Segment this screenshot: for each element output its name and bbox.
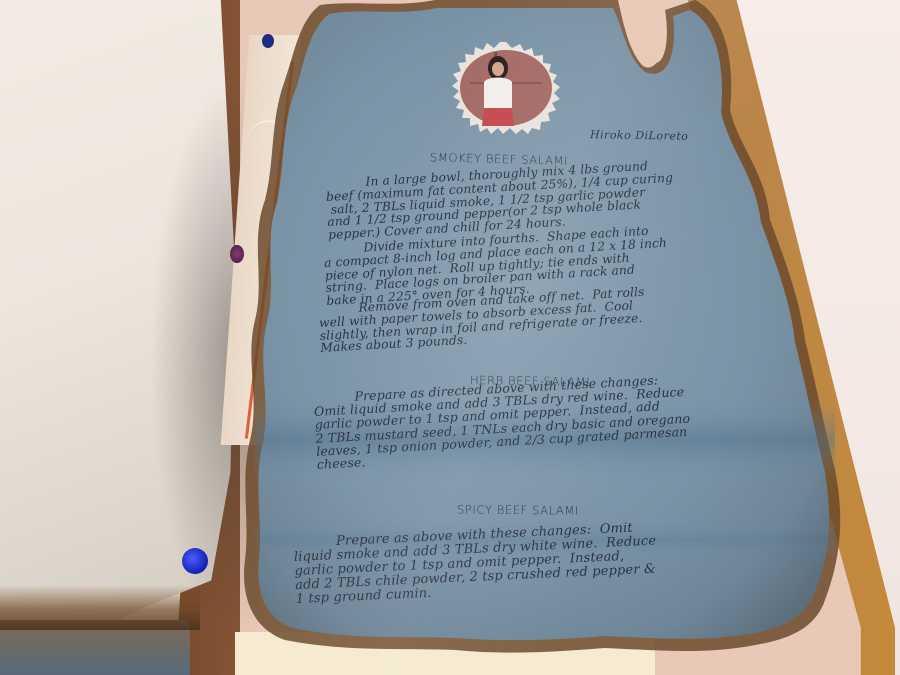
recipe-text: Hiroko DiLoreto SMOKEY BEEF SALAMI In a … bbox=[225, 0, 865, 660]
author-photo bbox=[450, 42, 562, 134]
burned-recipe-page: Hiroko DiLoreto SMOKEY BEEF SALAMI In a … bbox=[225, 0, 865, 660]
author-name: Hiroko DiLoreto bbox=[590, 128, 689, 143]
recipe-paragraph: Prepare as above with these changes: Omi… bbox=[293, 521, 658, 607]
binder-ring-bottom-icon bbox=[182, 548, 208, 574]
left-page-burn-mark bbox=[0, 585, 200, 630]
portrait-image bbox=[450, 42, 562, 134]
photo-scene: Hiroko DiLoreto SMOKEY BEEF SALAMI In a … bbox=[0, 0, 900, 675]
recipe-title-spicy: SPICY BEEF SALAMI bbox=[457, 502, 579, 517]
recipe-paragraph: Prepare as directed above with these cha… bbox=[313, 372, 692, 471]
